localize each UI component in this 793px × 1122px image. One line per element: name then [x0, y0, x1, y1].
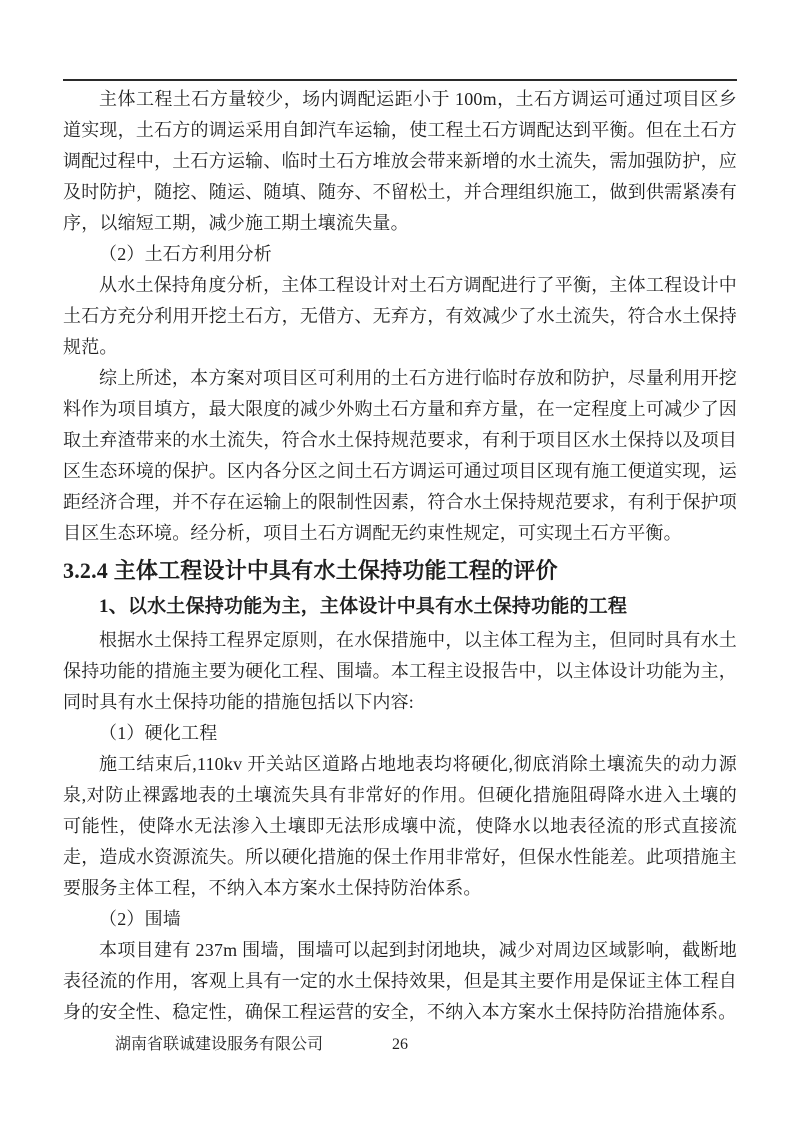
paragraph-earthwork-summary: 综上所述，本方案对项目区可利用的土石方进行临时存放和防护，尽量利用开挖料作为项目…: [63, 363, 737, 549]
paragraph-earthwork-balance: 主体工程土石方量较少，场内调配运距小于 100m，土石方调运可通过项目区乡道实现…: [63, 84, 737, 239]
paragraph-label-earthwork-utilization-analysis: （2）土石方利用分析: [63, 239, 737, 270]
header-rule: [63, 79, 737, 81]
paragraph-hardening-works-detail: 施工结束后,110kv 开关站区道路占地地表均将硬化,彻底消除土壤流失的动力源泉…: [63, 749, 737, 904]
subsection-heading-1: 1、以水土保持功能为主，主体设计中具有水土保持功能的工程: [63, 590, 737, 623]
section-heading-3-2-4: 3.2.4 主体工程设计中具有水土保持功能工程的评价: [63, 553, 737, 588]
paragraph-enclosure-wall-detail: 本项目建有 237m 围墙，围墙可以起到封闭地块，减少对周边区域影响，截断地表径…: [63, 935, 737, 1028]
page-number: 26: [63, 1035, 737, 1055]
paragraph-label-hardening-works: （1）硬化工程: [63, 718, 737, 749]
paragraph-soil-conservation-criteria: 根据水土保持工程界定原则，在水保措施中，以主体工程为主，但同时具有水土保持功能的…: [63, 625, 737, 718]
paragraph-label-enclosure-wall: （2）围墙: [63, 904, 737, 935]
document-body: 主体工程土石方量较少，场内调配运距小于 100m，土石方调运可通过项目区乡道实现…: [63, 84, 737, 1028]
paragraph-earthwork-utilization: 从水土保持角度分析，主体工程设计对土石方调配进行了平衡，主体工程设计中土石方充分…: [63, 270, 737, 363]
document-page: 主体工程土石方量较少，场内调配运距小于 100m，土石方调运可通过项目区乡道实现…: [0, 0, 793, 1122]
